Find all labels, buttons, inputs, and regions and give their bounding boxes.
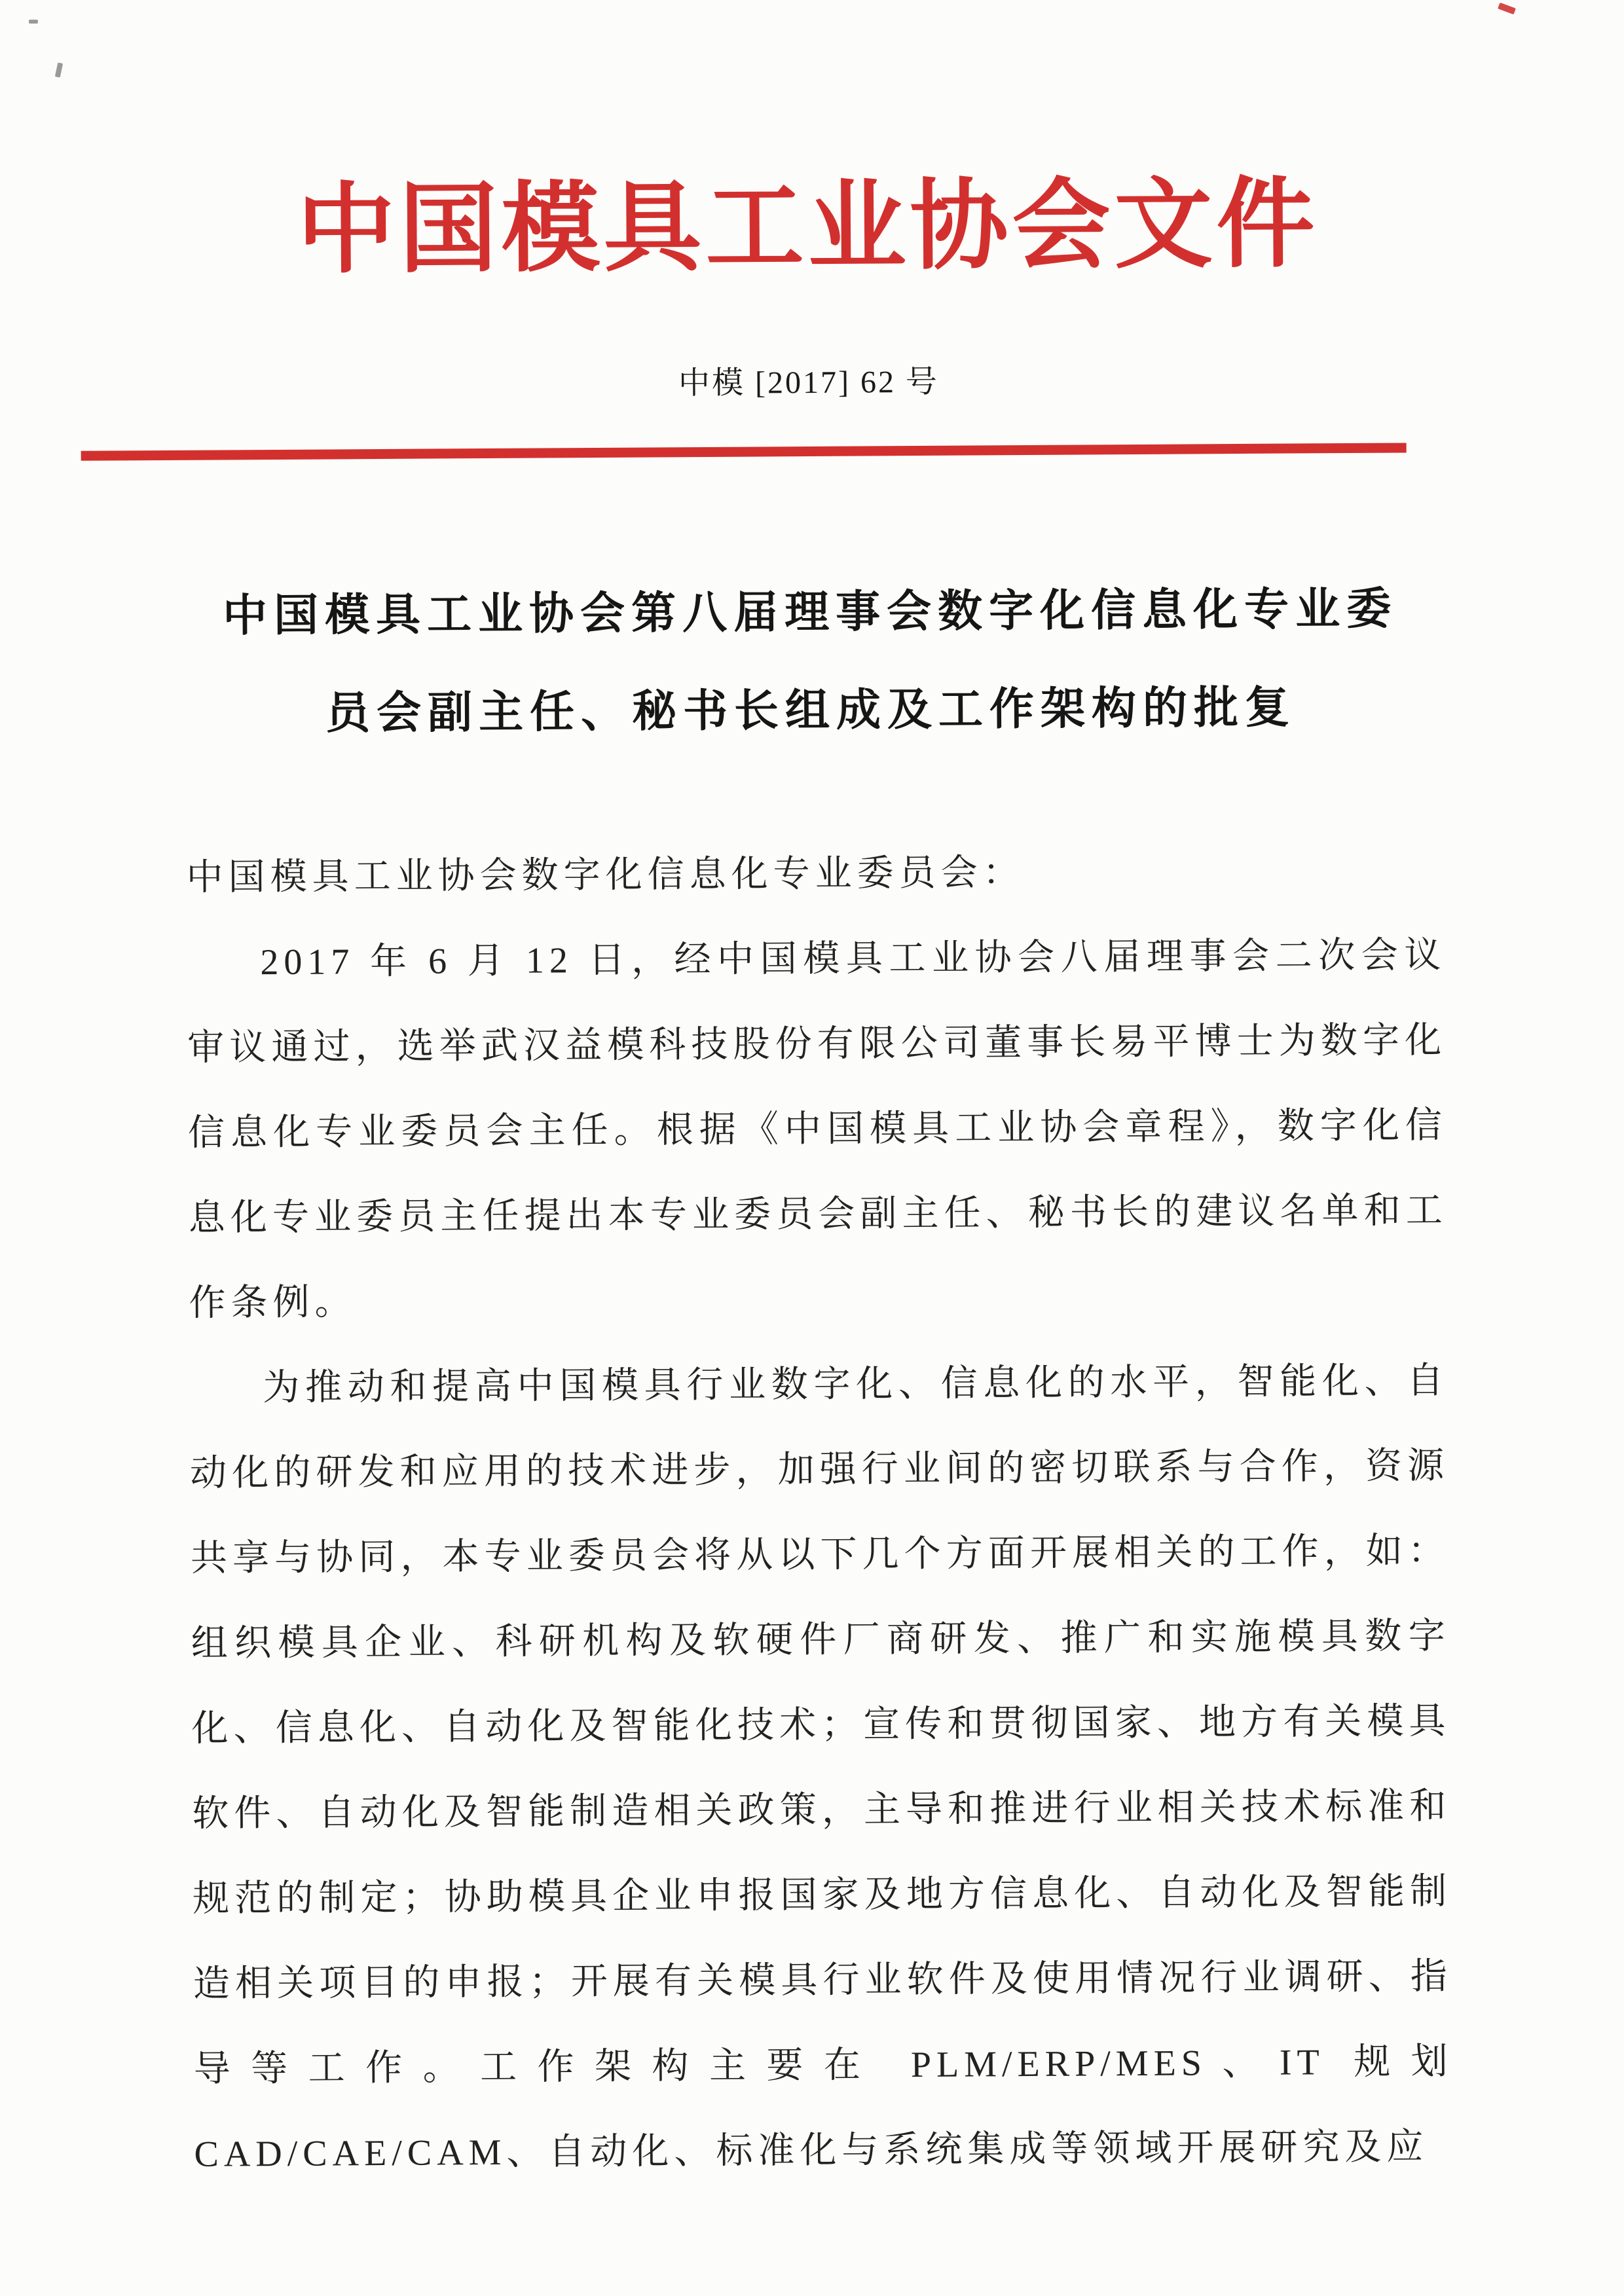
body-paragraph-1: 2017 年 6 月 12 日，经中国模具工业协会八届理事会二次会议审议通过，选… — [187, 913, 1449, 1346]
body-paragraph-2: 为推动和提高中国模具行业数字化、信息化的水平，智能化、自动化的研发和应用的技术进… — [189, 1338, 1454, 2197]
header-divider-line — [81, 443, 1407, 460]
document-body: 中国模具工业协会数字化信息化专业委员会： 2017 年 6 月 12 日，经中国… — [0, 826, 1624, 2198]
salutation: 中国模具工业协会数字化信息化专业委员会： — [186, 828, 1446, 920]
document-subject-title: 中国模具工业协会第八届理事会数字化信息化专业委 员会副主任、秘书长组成及工作架构… — [0, 558, 1623, 764]
document-page: 中国模具工业协会文件 中模 [2017] 62 号 中国模具工业协会第八届理事会… — [0, 0, 1624, 2296]
document-number: 中模 [2017] 62 号 — [0, 359, 1621, 407]
document-header-title: 中国模具工业协会文件 — [0, 164, 1620, 291]
document-content: 中国模具工业协会文件 中模 [2017] 62 号 中国模具工业协会第八届理事会… — [0, 0, 1624, 2296]
subject-line-1: 中国模具工业协会第八届理事会数字化信息化专业委 — [0, 558, 1623, 666]
subject-line-2: 员会副主任、秘书长组成及工作架构的批复 — [0, 656, 1623, 764]
